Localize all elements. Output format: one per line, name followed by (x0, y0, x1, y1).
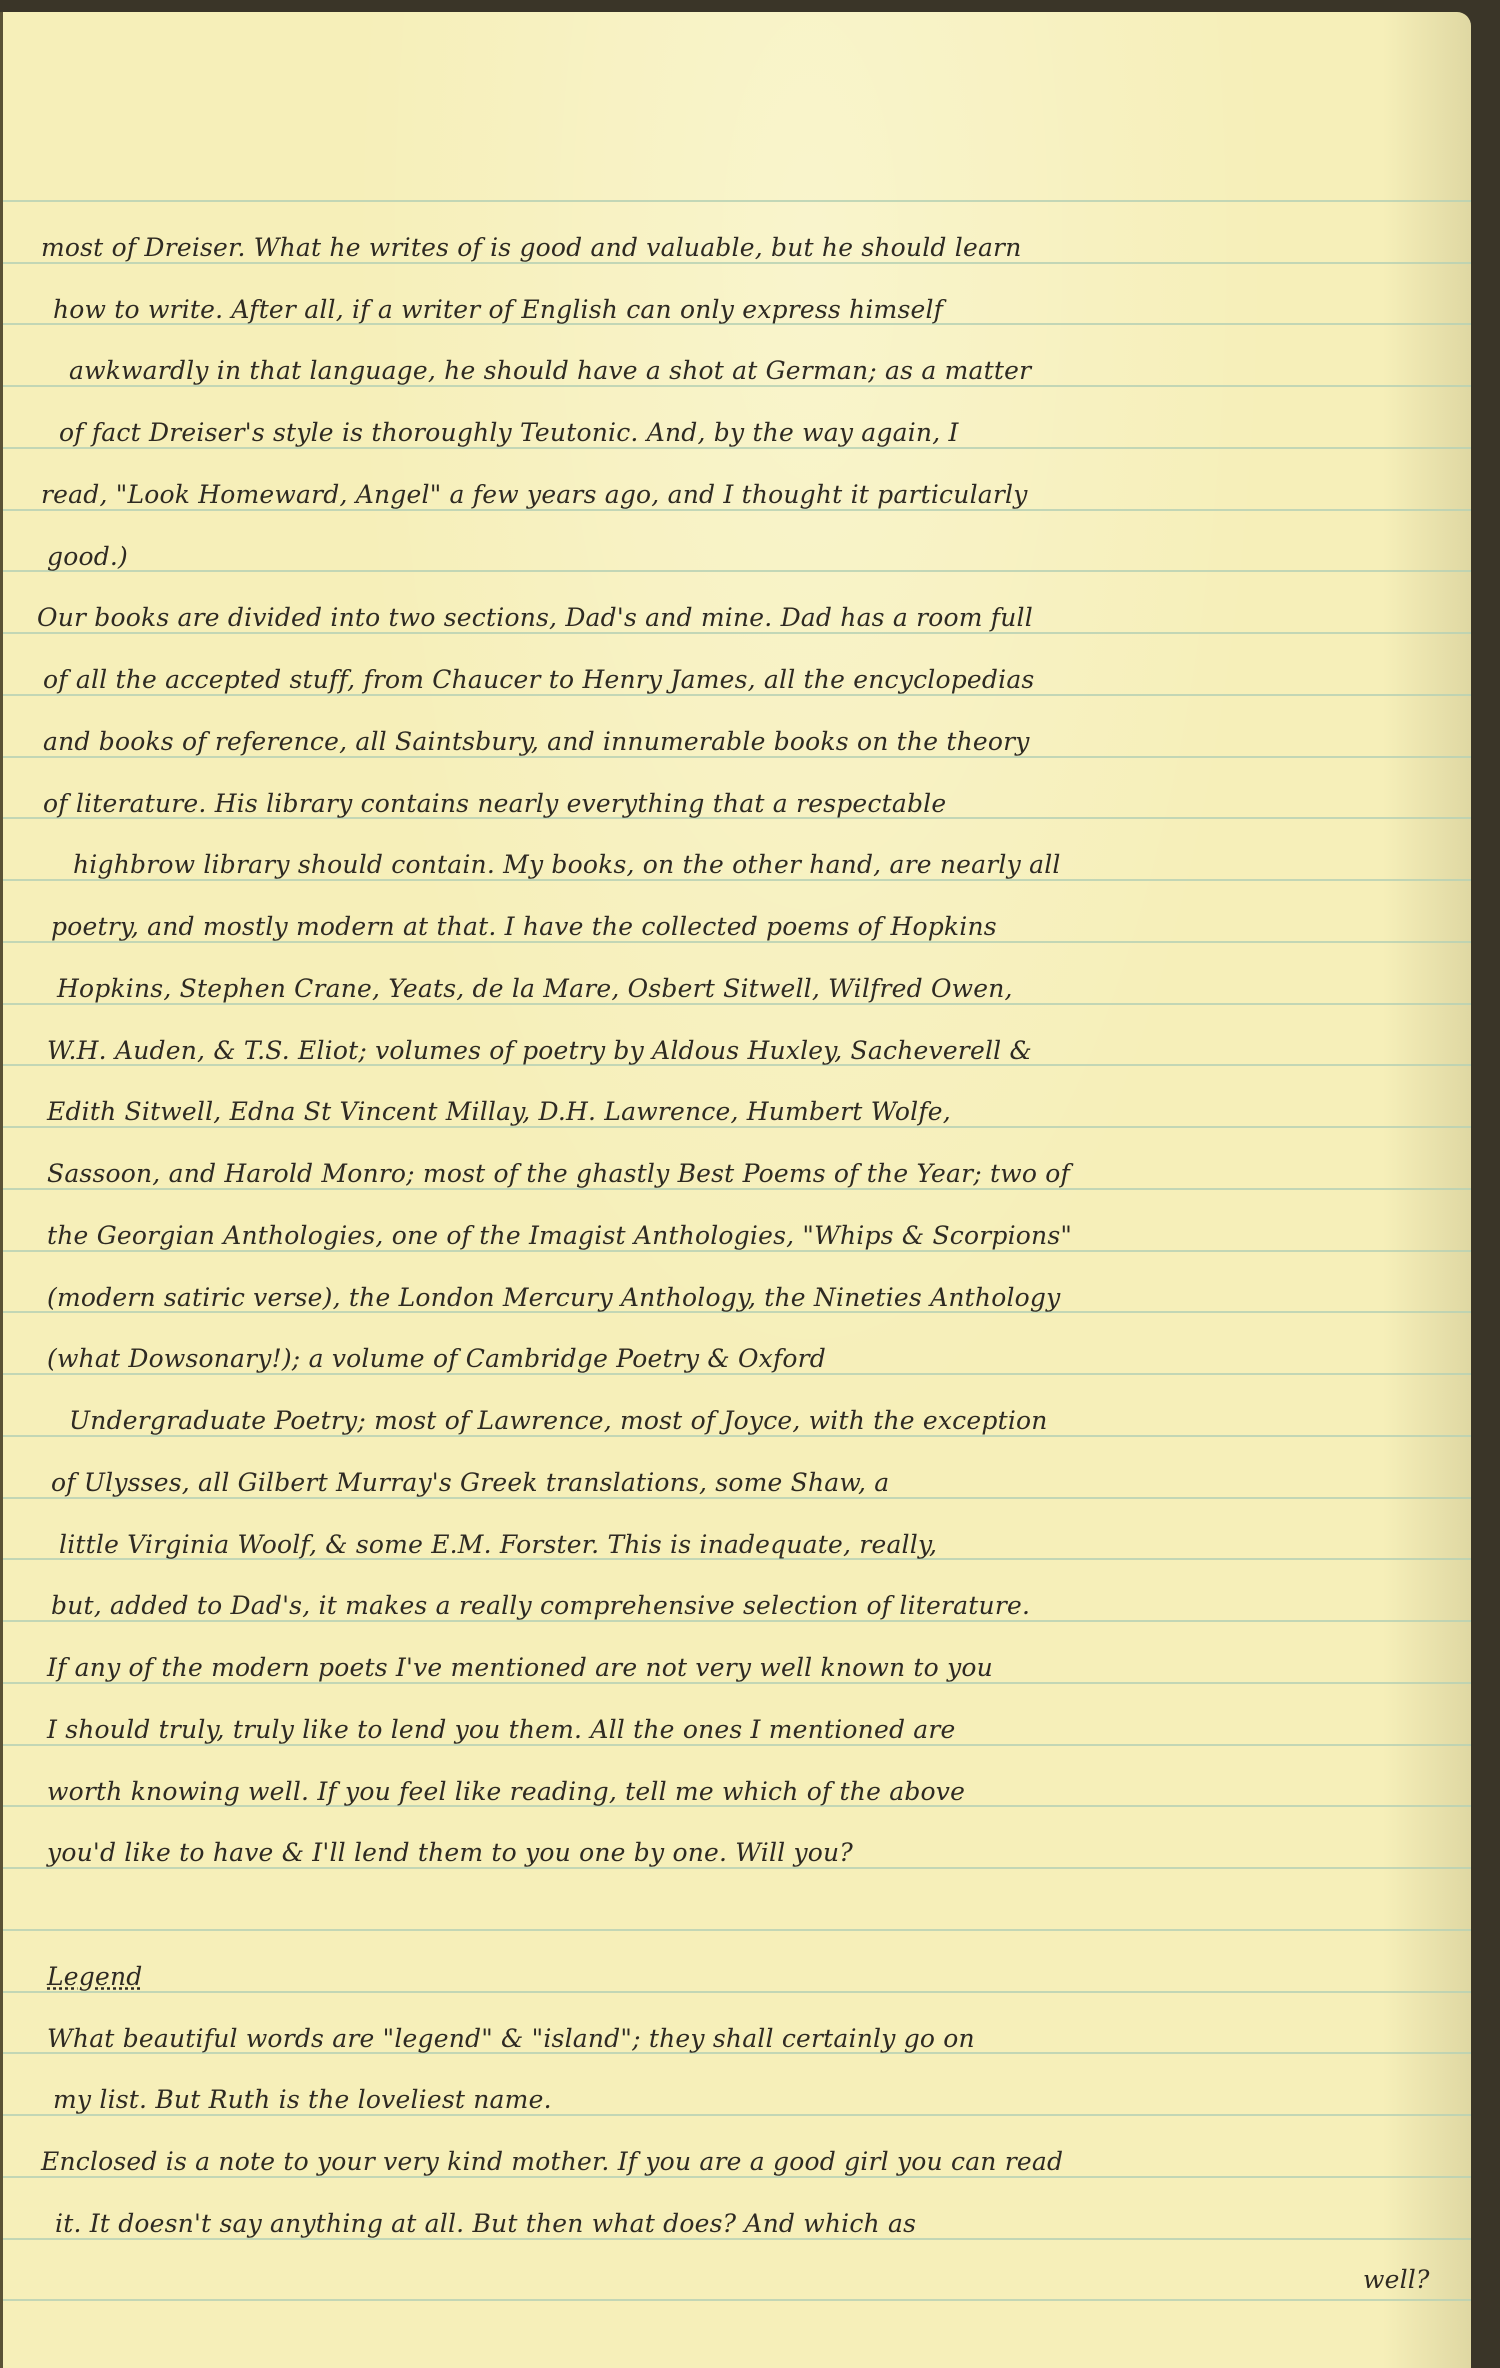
letter-line: Our books are divided into two sections,… (3, 588, 1471, 648)
legend-heading: Legend (3, 1947, 1471, 2007)
letter-line: how to write. After all, if a writer of … (3, 280, 1471, 340)
letter-line: Undergraduate Poetry; most of Lawrence, … (3, 1391, 1471, 1451)
letter-line: If any of the modern poets I've mentione… (3, 1638, 1471, 1698)
letter-line: my list. But Ruth is the loveliest name. (3, 2070, 1471, 2130)
letter-line: Hopkins, Stephen Crane, Yeats, de la Mar… (3, 959, 1471, 1019)
letter-line: of all the accepted stuff, from Chaucer … (3, 650, 1471, 710)
letter-page: most of Dreiser. What he writes of is go… (0, 12, 1471, 2368)
letter-line: of fact Dreiser's style is thoroughly Te… (3, 403, 1471, 463)
letter-line: little Virginia Woolf, & some E.M. Forst… (3, 1515, 1471, 1575)
ruled-line (3, 200, 1471, 202)
ruled-line (3, 1929, 1471, 1931)
letter-line: the Georgian Anthologies, one of the Ima… (3, 1206, 1471, 1266)
letter-line: it. It doesn't say anything at all. But … (3, 2194, 1471, 2254)
letter-line: highbrow library should contain. My book… (3, 835, 1471, 895)
letter-line: I should truly, truly like to lend you t… (3, 1700, 1471, 1760)
letter-line: Edith Sitwell, Edna St Vincent Millay, D… (3, 1082, 1471, 1142)
letter-line: worth knowing well. If you feel like rea… (3, 1762, 1471, 1822)
letter-line: Sassoon, and Harold Monro; most of the g… (3, 1144, 1471, 1204)
letter-line: and books of reference, all Saintsbury, … (3, 712, 1471, 772)
letter-line: (what Dowsonary!); a volume of Cambridge… (3, 1329, 1471, 1389)
letter-line: poetry, and mostly modern at that. I hav… (3, 897, 1471, 957)
letter-line: (modern satiric verse), the London Mercu… (3, 1268, 1471, 1328)
letter-line: you'd like to have & I'll lend them to y… (3, 1823, 1471, 1883)
letter-line: of literature. His library contains near… (3, 774, 1471, 834)
letter-line: What beautiful words are "legend" & "isl… (3, 2009, 1471, 2069)
letter-line: of Ulysses, all Gilbert Murray's Greek t… (3, 1453, 1471, 1513)
letter-line: good.) (3, 527, 1471, 587)
letter-line: Enclosed is a note to your very kind mot… (3, 2132, 1471, 2192)
letter-line: awkwardly in that language, he should ha… (3, 341, 1471, 401)
letter-line: W.H. Auden, & T.S. Eliot; volumes of poe… (3, 1021, 1471, 1081)
letter-line: well? (3, 2250, 1471, 2310)
letter-line: but, added to Dad's, it makes a really c… (3, 1576, 1471, 1636)
letter-line: most of Dreiser. What he writes of is go… (3, 218, 1471, 278)
letter-line: read, "Look Homeward, Angel" a few years… (3, 465, 1471, 525)
